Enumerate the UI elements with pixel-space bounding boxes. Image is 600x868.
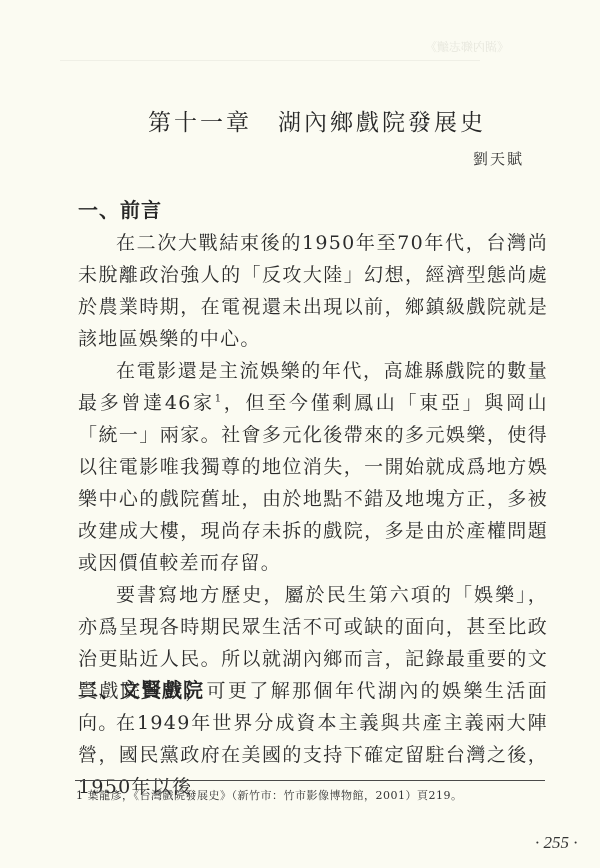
chapter-number: 第十一章 bbox=[148, 110, 252, 136]
chapter-title: 第十一章湖內鄉戲院發展史 bbox=[148, 104, 486, 137]
section-heading-preface: 一、前言 bbox=[78, 194, 162, 223]
book-page: 《湖內鄉志續》 第十一章湖內鄉戲院發展史 劉天賦 一、前言 在二次大戰結束後的1… bbox=[0, 0, 600, 868]
faint-header-rule bbox=[60, 60, 480, 61]
section-body-preface: 在二次大戰結束後的1950年至70年代，台灣尚未脫離政治強人的「反攻大陸」幻想，… bbox=[78, 227, 548, 739]
page-number: · 255 · bbox=[535, 833, 578, 853]
footnote: 1 葉龍彥，《台灣戲院發展史》（新竹市：竹市影像博物館，2001）頁219。 bbox=[76, 787, 462, 803]
paragraph: 在二次大戰結束後的1950年至70年代，台灣尚未脫離政治強人的「反攻大陸」幻想，… bbox=[78, 227, 548, 355]
paragraph: 在電影還是主流娛樂的年代，高雄縣戲院的數量最多曾達46家1，但至今僅剩鳳山「東亞… bbox=[78, 355, 548, 579]
author-name: 劉天賦 bbox=[473, 148, 524, 169]
chapter-name: 湖內鄉戲院發展史 bbox=[278, 110, 486, 136]
bleed-through-header: 《湖內鄉志續》 bbox=[425, 38, 509, 55]
section-heading-wenxian-theater: 二、文賢戲院 bbox=[78, 674, 204, 703]
footnote-divider bbox=[75, 780, 545, 781]
